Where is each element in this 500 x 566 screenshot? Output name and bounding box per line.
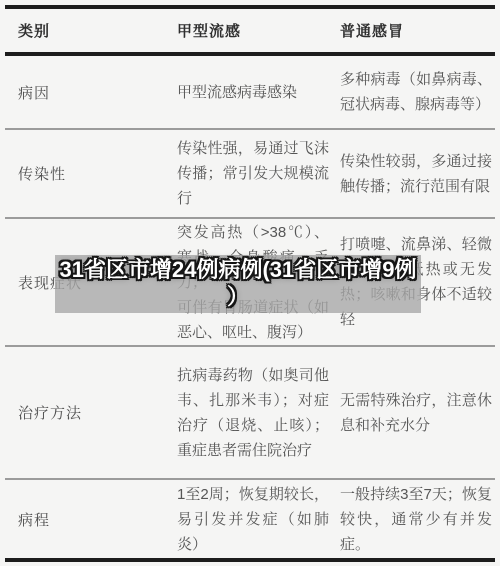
flu-cell: 抗病毒药物（如奥司他韦、扎那米韦）；对症治疗（退烧、止咳）；重症患者需住院治疗	[177, 363, 340, 463]
cold-cell: 多种病毒（如鼻病毒、冠状病毒、腺病毒等）	[340, 67, 495, 117]
flu-cell: 1至2周；恢复期较长，易引发并发症（如肺炎）	[177, 482, 340, 557]
header-influenza-a: 甲型流感	[177, 20, 340, 41]
flu-cell: 传染性强，易通过飞沫传播；常引发大规模流行	[177, 136, 340, 211]
cold-cell: 传染性较弱，多通过接触传播；流行范围有限	[340, 149, 495, 199]
headline-overlay: 31省区市增24例病例(31省区市增9例）	[55, 255, 421, 313]
header-common-cold: 普通感冒	[340, 20, 495, 41]
headline-title: 31省区市增24例病例(31省区市增9例）	[55, 255, 421, 310]
table-row-course: 病程 1至2周；恢复期较长，易引发并发症（如肺炎） 一般持续3至7天；恢复较快，…	[5, 478, 495, 558]
row-label: 病程	[18, 509, 177, 530]
table-row-infectivity: 传染性 传染性强，易通过飞沫传播；常引发大规模流行 传染性较弱，多通过接触传播；…	[5, 128, 495, 217]
row-label: 传染性	[18, 163, 177, 184]
header-category: 类别	[18, 20, 177, 41]
flu-cell: 甲型流感病毒感染	[177, 80, 340, 105]
table-row-cause: 病因 甲型流感病毒感染 多种病毒（如鼻病毒、冠状病毒、腺病毒等）	[5, 56, 495, 128]
cold-cell: 一般持续3至7天；恢复较快，通常少有并发症。	[340, 482, 495, 557]
table-bottom-rule	[5, 558, 495, 562]
row-label: 病因	[18, 82, 177, 103]
cold-cell: 无需特殊治疗，注意休息和补充水分	[340, 388, 495, 438]
table-header-row: 类别 甲型流感 普通感冒	[5, 9, 495, 52]
table-row-treatment: 治疗方法 抗病毒药物（如奥司他韦、扎那米韦）；对症治疗（退烧、止咳）；重症患者需…	[5, 345, 495, 478]
row-label: 治疗方法	[18, 402, 177, 423]
